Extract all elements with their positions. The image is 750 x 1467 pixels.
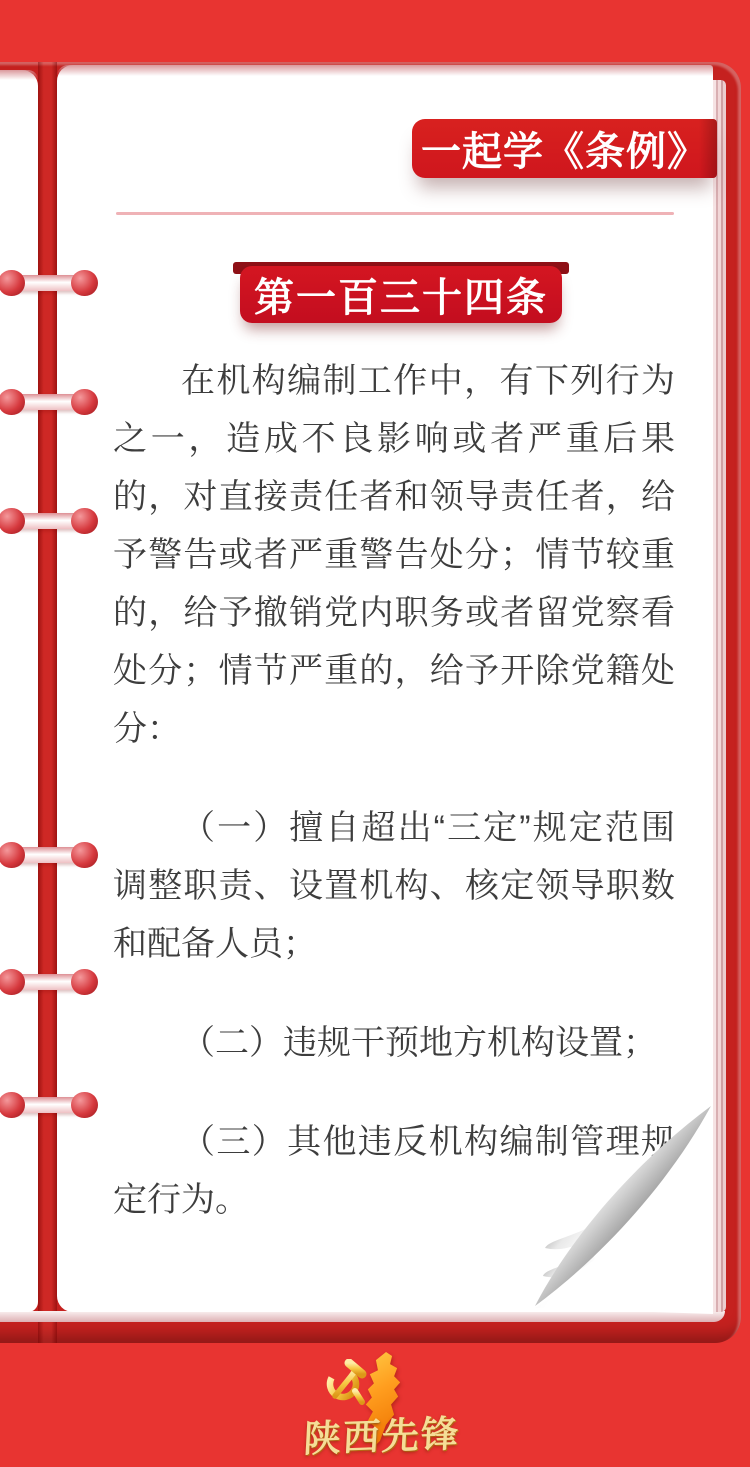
ring-knob — [0, 1092, 25, 1118]
ring-knob — [71, 969, 98, 995]
article-number-badge: 第一百三十四条 — [240, 266, 562, 323]
binder-ring — [0, 838, 96, 872]
ring-knob — [71, 1092, 98, 1118]
page-curl — [533, 1104, 713, 1314]
header-banner: 一起学《条例》 — [412, 119, 717, 178]
footer-logo-text: 陕西先锋 — [292, 1403, 471, 1463]
hammer-sickle-icon — [326, 1359, 368, 1405]
binder-ring — [0, 1088, 96, 1122]
ring-knob — [0, 969, 25, 995]
binder-ring — [0, 385, 96, 419]
ring-knob — [0, 842, 25, 868]
ring-knob — [71, 389, 98, 415]
binding-strip — [38, 62, 57, 1343]
ring-knob — [71, 842, 98, 868]
binder-ring — [0, 965, 96, 999]
article-paragraph: 在机构编制工作中，有下列行为之一，造成不良影响或者严重后果的，对直接责任者和领导… — [113, 352, 675, 758]
page-left-stub — [0, 70, 38, 1312]
ring-knob — [71, 508, 98, 534]
header-banner-label: 一起学《条例》 — [421, 120, 708, 177]
article-number-label: 第一百三十四条 — [254, 266, 548, 323]
article-paragraph: （二）违规干预地方机构设置； — [113, 1014, 675, 1072]
ring-knob — [0, 270, 25, 296]
footer-logo: 陕西先锋 — [302, 1346, 462, 1462]
ring-knob — [0, 508, 25, 534]
article-paragraph: （一）擅自超出“三定”规定范围调整职责、设置机构、核定领导职数和配备人员； — [113, 799, 675, 973]
binder-ring — [0, 504, 96, 538]
header-divider — [116, 212, 674, 215]
ring-knob — [71, 270, 98, 296]
article-body: 在机构编制工作中，有下列行为之一，造成不良影响或者严重后果的，对直接责任者和领导… — [113, 352, 675, 1229]
poster-canvas: 一起学《条例》 第一百三十四条 在机构编制工作中，有下列行为之一，造成不良影响或… — [0, 0, 750, 1467]
page-stack-edge — [713, 80, 726, 1312]
binder-ring — [0, 266, 96, 300]
ring-knob — [0, 389, 25, 415]
